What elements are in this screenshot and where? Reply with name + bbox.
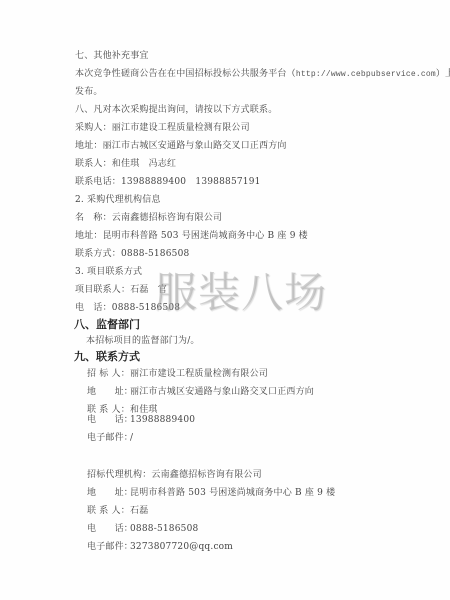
tenderer-address-row: 地 址：丽江市古城区安通路与象山路交叉口正西方向 [87,387,314,398]
agency-email-value[interactable]: 3273807720@qq.com [130,542,233,552]
purchaser-line: 采购人：丽江市建设工程质量检测有限公司 [75,123,250,134]
agency-name-line: 名 称：云南鑫德招标咨询有限公司 [75,213,222,224]
tenderer-name-row: 招 标 人：丽江市建设工程质量检测有限公司 [87,369,268,380]
section7-notice-text: 本次竞争性磋商公告在在中国招标投标公共服务平台（ [75,69,296,79]
tenderer-phone-label: 电 话： [87,415,130,426]
agency-email-row: 电子邮件：3273807720@qq.com [87,542,233,553]
agency-address-value: 昆明市科普路 503 号困迷尚城商务中心 B 座 9 楼 [130,488,335,498]
supervision-text: 本招标项目的监督部门为/。 [86,336,200,347]
section9-title: 九、联系方式 [74,350,140,363]
agency-phone-value: 0888-5186508 [130,524,198,534]
tenderer-phone-row: 电 话：13988889400 [87,415,195,426]
project-phone-line: 电 话：0888-5186508 [75,303,180,314]
section8-contact-title: 八、凡对本次采购提出询问，请按以下方式联系。 [75,105,277,116]
purchaser-contacts-line: 联系人：和佳琪 冯志红 [75,159,176,170]
agency-contact-row: 联 系 人：石磊 [87,506,148,517]
section7-notice-line: 本次竞争性磋商公告在在中国招标投标公共服务平台（http://www.cebpu… [75,69,450,80]
tenderer-email-row: 电子邮件：/ [87,433,133,444]
agency-name-row: 招标代理机构：云南鑫德招标咨询有限公司 [87,470,262,481]
agency-phone-line: 联系方式：0888-5186508 [75,249,189,260]
watermark-text: 服装八场 [155,269,327,317]
section7-title: 七、其他补充事宜 [75,51,149,62]
section7-notice-suffix: ）上 [436,69,450,79]
tenderer-email-label: 电子邮件： [87,433,130,444]
section7-notice-url[interactable]: http://www.cebpubservice.com [296,70,436,79]
agency-contact-label: 联 系 人： [87,506,130,517]
tenderer-address-value: 丽江市古城区安通路与象山路交叉口正西方向 [130,387,314,397]
section7-notice-end: 发布。 [75,87,103,98]
agency-phone-label: 电 话： [87,524,130,535]
agency-name-label: 招标代理机构： [87,470,151,480]
purchaser-address-line: 地址：丽江市古城区安通路与象山路交叉口正西方向 [75,141,287,152]
agency-address-line: 地址：昆明市科普路 503 号困迷尚城商务中心 B 座 9 楼 [75,231,308,242]
agency-contact-value: 石磊 [130,506,148,516]
tenderer-address-label: 地 址： [87,387,130,398]
agency-name-value: 云南鑫德招标咨询有限公司 [151,470,261,480]
agency-info-title: 2. 采购代理机构信息 [75,195,161,206]
supervision-title: 八、监督部门 [74,318,140,331]
agency-phone-row: 电 话：0888-5186508 [87,524,198,535]
agency-address-label: 地 址： [87,488,130,499]
project-contact-title: 3. 项目联系方式 [75,267,142,278]
tenderer-name-value: 丽江市建设工程质量检测有限公司 [130,369,268,379]
project-contact-line: 项目联系人：石磊 官 [75,285,167,296]
tenderer-email-value: / [130,433,133,443]
agency-email-label: 电子邮件： [87,542,130,553]
tenderer-name-label: 招 标 人： [87,369,130,380]
agency-address-row: 地 址：昆明市科普路 503 号困迷尚城商务中心 B 座 9 楼 [87,488,335,499]
document-page: 七、其他补充事宜 本次竞争性磋商公告在在中国招标投标公共服务平台（http://… [0,0,450,600]
tenderer-contact-value: 和佳琪 [130,405,158,415]
tenderer-phone-value: 13988889400 [130,415,195,425]
purchaser-phones-line: 联系电话：13988889400 13988857191 [75,177,261,188]
